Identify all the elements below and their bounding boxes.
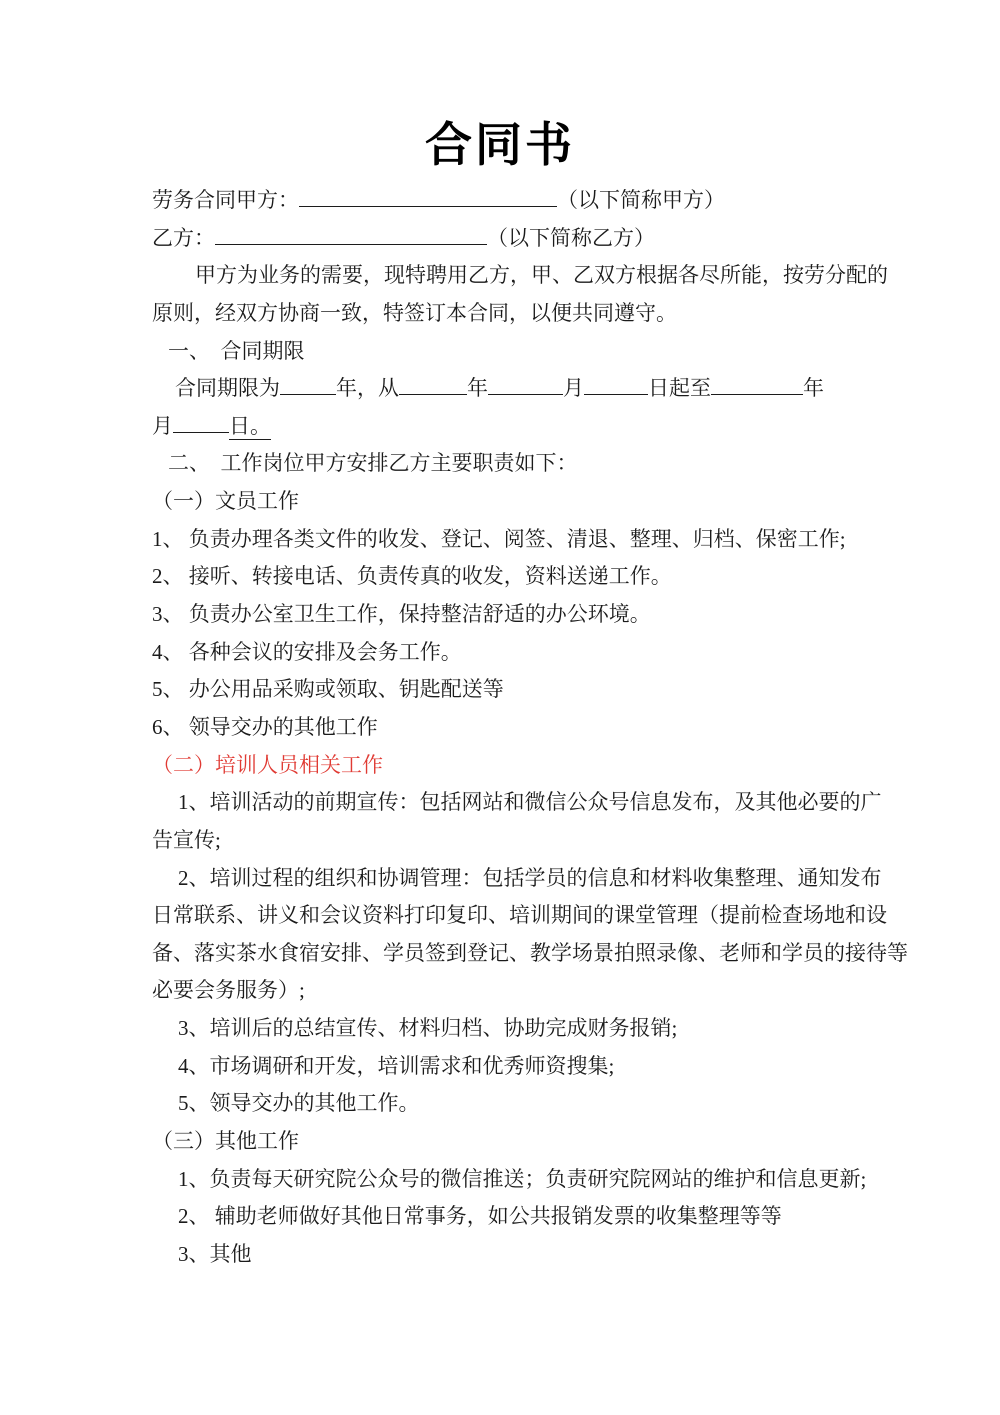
training-item-3: 3、培训后的总结宣传、材料归档、协助完成财务报销; xyxy=(152,1010,868,1048)
text-segment: 3、培训后的总结宣传、材料归档、协助完成财务报销; xyxy=(178,1016,677,1040)
text-segment: 合同期限为 xyxy=(175,376,280,400)
clerk-item-4: 4、 各种会议的安排及会务工作。 xyxy=(152,634,868,672)
document-body: 劳务合同甲方：（以下简称甲方）乙方：（以下简称乙方）甲方为业务的需要，现特聘用乙… xyxy=(152,182,868,1274)
clerk-item-5: 5、 办公用品采购或领取、钥匙配送等 xyxy=(152,671,868,709)
sub-section-3-heading: （三）其他工作 xyxy=(152,1123,868,1161)
fill-in-blank xyxy=(280,372,336,395)
text-segment: 1、负责每天研究院公众号的微信推送；负责研究院网站的维护和信息更新; xyxy=(178,1167,866,1191)
fill-in-blank xyxy=(399,372,467,395)
document-title: 合同书 xyxy=(0,116,1000,176)
text-segment: 1、培训活动的前期宣传：包括网站和微信公众号信息发布，及其他必要的广 xyxy=(178,790,882,814)
other-item-1: 1、负责每天研究院公众号的微信推送；负责研究院网站的维护和信息更新; xyxy=(152,1161,868,1199)
text-segment: 2、 接听、转接电话、负责传真的收发，资料送递工作。 xyxy=(152,564,672,588)
text-segment: 月 xyxy=(152,414,173,438)
contract-page: 合同书 劳务合同甲方：（以下简称甲方）乙方：（以下简称乙方）甲方为业务的需要，现… xyxy=(0,0,1000,1415)
text-segment: 劳务合同甲方： xyxy=(152,188,299,212)
term-line-1: 合同期限为年，从年月日起至年 xyxy=(152,370,868,408)
fill-in-blank xyxy=(584,372,648,395)
text-segment: 年 xyxy=(467,376,488,400)
text-segment: （一）文员工作 xyxy=(152,489,299,513)
clerk-item-6: 6、 领导交办的其他工作 xyxy=(152,709,868,747)
training-item-2-line-3: 备、落实茶水食宿安排、学员签到登记、教学场景拍照录像、老师和学员的接待等 xyxy=(152,935,868,973)
training-item-2-line-4: 必要会务服务）; xyxy=(152,972,868,1010)
fill-in-blank xyxy=(173,410,229,433)
text-segment: （以下简称甲方） xyxy=(557,188,725,212)
underlined-text: 日。 xyxy=(229,414,271,440)
text-segment: 年，从 xyxy=(336,376,399,400)
text-segment: 一、 合同期限 xyxy=(168,339,305,363)
clerk-item-2: 2、 接听、转接电话、负责传真的收发，资料送递工作。 xyxy=(152,558,868,596)
text-segment: 年 xyxy=(803,376,824,400)
training-item-4: 4、市场调研和开发，培训需求和优秀师资搜集; xyxy=(152,1048,868,1086)
text-segment: 日常联系、讲义和会议资料打印复印、培训期间的课堂管理（提前检查场地和设 xyxy=(152,903,887,927)
text-segment: 4、市场调研和开发，培训需求和优秀师资搜集; xyxy=(178,1054,614,1078)
text-segment: 5、 办公用品采购或领取、钥匙配送等 xyxy=(152,677,504,701)
text-segment: 二、 工作岗位甲方安排乙方主要职责如下： xyxy=(168,451,578,475)
text-segment: 告宣传; xyxy=(152,828,221,852)
training-item-2-line-1: 2、培训过程的组织和协调管理：包括学员的信息和材料收集整理、通知发布 xyxy=(152,860,868,898)
text-segment: 月 xyxy=(563,376,584,400)
party-b-line: 乙方：（以下简称乙方） xyxy=(152,220,868,258)
fill-in-blank xyxy=(299,184,557,207)
sub-section-2-heading: （二）培训人员相关工作 xyxy=(152,747,868,785)
training-item-1-line-2: 告宣传; xyxy=(152,822,868,860)
fill-in-blank xyxy=(488,372,563,395)
other-item-3: 3、其他 xyxy=(152,1236,868,1274)
clerk-item-1: 1、 负责办理各类文件的收发、登记、阅签、清退、整理、归档、保密工作; xyxy=(152,521,868,559)
text-segment: 乙方： xyxy=(152,226,215,250)
clerk-item-3: 3、 负责办公室卫生工作，保持整洁舒适的办公环境。 xyxy=(152,596,868,634)
text-segment: 日起至 xyxy=(648,376,711,400)
text-segment: 3、其他 xyxy=(178,1242,252,1266)
party-a-line: 劳务合同甲方：（以下简称甲方） xyxy=(152,182,868,220)
training-item-5: 5、领导交办的其他工作。 xyxy=(152,1085,868,1123)
other-item-2: 2、 辅助老师做好其他日常事务，如公共报销发票的收集整理等等 xyxy=(152,1198,868,1236)
text-segment: 1、 负责办理各类文件的收发、登记、阅签、清退、整理、归档、保密工作; xyxy=(152,527,846,551)
text-segment: 2、培训过程的组织和协调管理：包括学员的信息和材料收集整理、通知发布 xyxy=(178,866,882,890)
sub-section-1-heading: （一）文员工作 xyxy=(152,483,868,521)
text-segment: （以下简称乙方） xyxy=(487,226,655,250)
training-item-2-line-2: 日常联系、讲义和会议资料打印复印、培训期间的课堂管理（提前检查场地和设 xyxy=(152,897,868,935)
fill-in-blank xyxy=(711,372,803,395)
intro-line-1: 甲方为业务的需要，现特聘用乙方，甲、乙双方根据各尽所能，按劳分配的 xyxy=(152,257,868,295)
text-segment: 备、落实茶水食宿安排、学员签到登记、教学场景拍照录像、老师和学员的接待等 xyxy=(152,941,908,965)
text-segment: 3、 负责办公室卫生工作，保持整洁舒适的办公环境。 xyxy=(152,602,651,626)
section-2-heading: 二、 工作岗位甲方安排乙方主要职责如下： xyxy=(152,445,868,483)
text-segment: 5、领导交办的其他工作。 xyxy=(178,1091,420,1115)
text-segment: 原则，经双方协商一致，特签订本合同，以便共同遵守。 xyxy=(152,301,677,325)
text-segment: 必要会务服务）; xyxy=(152,978,305,1002)
term-line-2: 月日。 xyxy=(152,408,868,446)
text-segment: 6、 领导交办的其他工作 xyxy=(152,715,378,739)
text-segment: （二）培训人员相关工作 xyxy=(152,753,383,777)
text-segment: 2、 辅助老师做好其他日常事务，如公共报销发票的收集整理等等 xyxy=(178,1204,782,1228)
text-segment: （三）其他工作 xyxy=(152,1129,299,1153)
fill-in-blank xyxy=(215,222,487,245)
text-segment: 4、 各种会议的安排及会务工作。 xyxy=(152,640,462,664)
text-segment: 甲方为业务的需要，现特聘用乙方，甲、乙双方根据各尽所能，按劳分配的 xyxy=(195,263,888,287)
intro-line-2: 原则，经双方协商一致，特签订本合同，以便共同遵守。 xyxy=(152,295,868,333)
section-1-heading: 一、 合同期限 xyxy=(152,333,868,371)
training-item-1-line-1: 1、培训活动的前期宣传：包括网站和微信公众号信息发布，及其他必要的广 xyxy=(152,784,868,822)
